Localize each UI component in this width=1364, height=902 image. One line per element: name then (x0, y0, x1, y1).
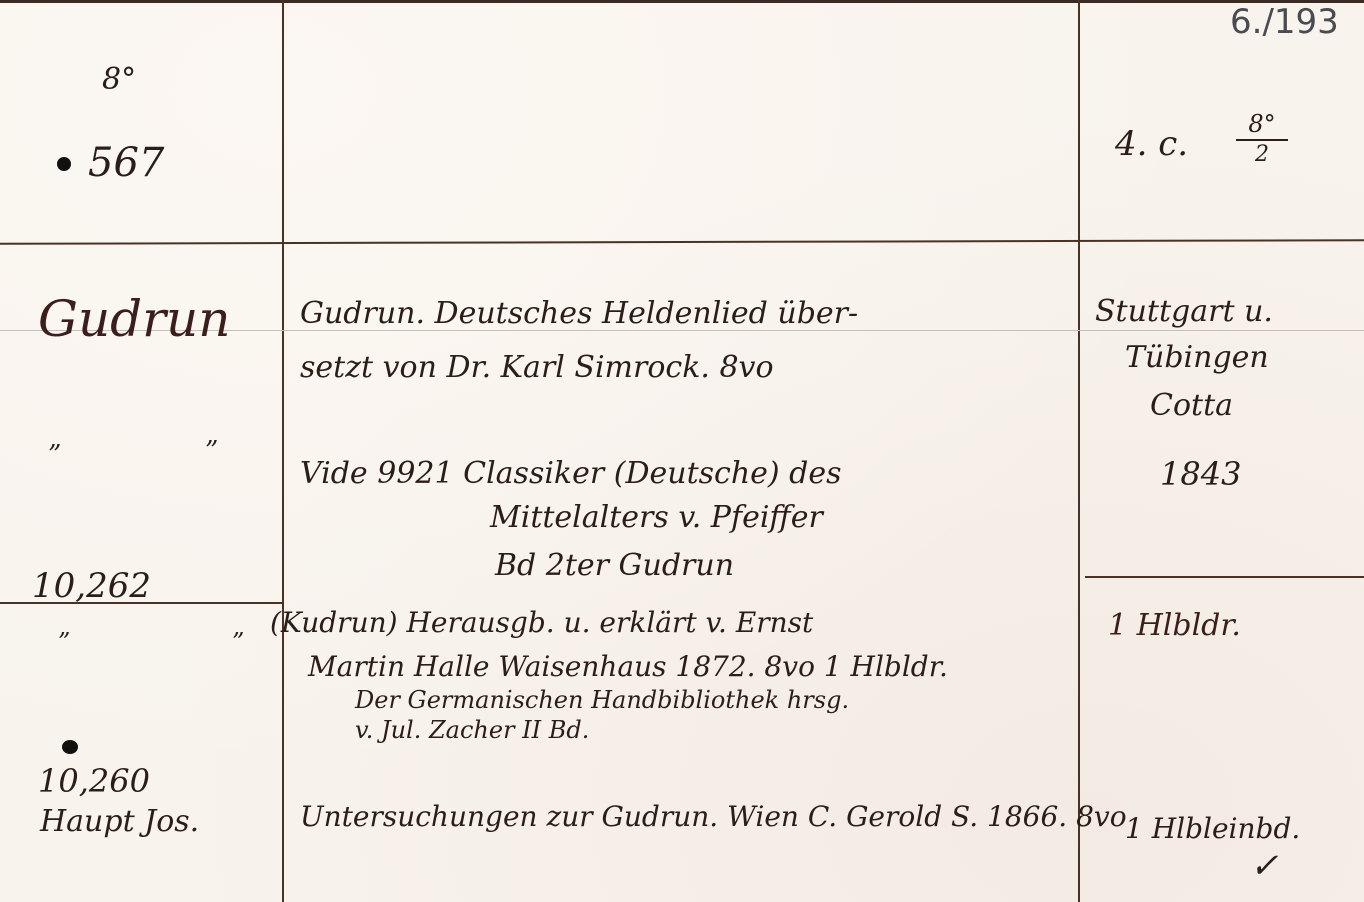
entry-heading: Gudrun (38, 290, 230, 348)
shelf-number-top: 567 (88, 140, 164, 186)
row-rule-imprint (1085, 576, 1364, 578)
entry-title-line: Gudrun. Deutsches Heldenlied über- (300, 296, 858, 331)
shelf-number: 10,260 (38, 762, 150, 800)
catalog-card: 6./193 8° 567 4. c. 8° 2 Gudrun Gudrun. … (0, 0, 1364, 902)
shelf-number: 10,262 (32, 566, 151, 606)
ditto-mark: ” (58, 628, 70, 656)
imprint-year: 1843 (1160, 455, 1241, 493)
column-rule-left (282, 0, 284, 902)
entry-title-line: setzt von Dr. Karl Simrock. 8vo (300, 350, 774, 385)
punch-mark (57, 157, 71, 171)
entry-title-line: Bd 2ter Gudrun (495, 548, 734, 583)
entry-title-line: Der Germanischen Handbibliothek hrsg. (355, 686, 849, 714)
format-label: 8° (102, 62, 136, 97)
fraction-bar (1236, 139, 1288, 141)
imprint-line: Stuttgart u. (1095, 294, 1273, 329)
card-top-edge (0, 0, 1364, 3)
ditto-mark: ” (232, 628, 244, 656)
ditto-mark: ” (205, 436, 218, 466)
check-mark: ✓ (1250, 846, 1279, 886)
entry-title-line: Mittelalters v. Pfeiffer (490, 500, 823, 535)
catalog-number: 6./193 (1230, 2, 1339, 42)
entry-title-line: Martin Halle Waisenhaus 1872. 8vo 1 Hlbl… (308, 650, 948, 683)
entry-title-line: Untersuchungen zur Gudrun. Wien C. Gerol… (300, 800, 1127, 833)
ditto-mark: ” (48, 440, 61, 470)
fraction-denominator: 2 (1236, 142, 1288, 167)
shelf-fraction: 8° 2 (1236, 110, 1288, 167)
column-rule-right (1078, 0, 1080, 902)
entry-heading: Haupt Jos. (40, 804, 199, 839)
shelf-mark: 4. c. (1115, 124, 1188, 164)
imprint-line: 1 Hlbleinbd. (1125, 812, 1300, 845)
row-rule-header (0, 239, 1364, 245)
fraction-numerator: 8° (1236, 110, 1288, 138)
imprint-line: Cotta (1150, 388, 1233, 423)
punch-mark (62, 740, 78, 754)
imprint-line: 1 Hlbldr. (1108, 608, 1241, 643)
imprint-line: Tübingen (1125, 340, 1269, 375)
entry-title-line: Vide 9921 Classiker (Deutsche) des (300, 456, 842, 491)
entry-title-line: v. Jul. Zacher II Bd. (355, 716, 589, 744)
entry-title-line: (Kudrun) Herausgb. u. erklärt v. Ernst (270, 606, 813, 639)
